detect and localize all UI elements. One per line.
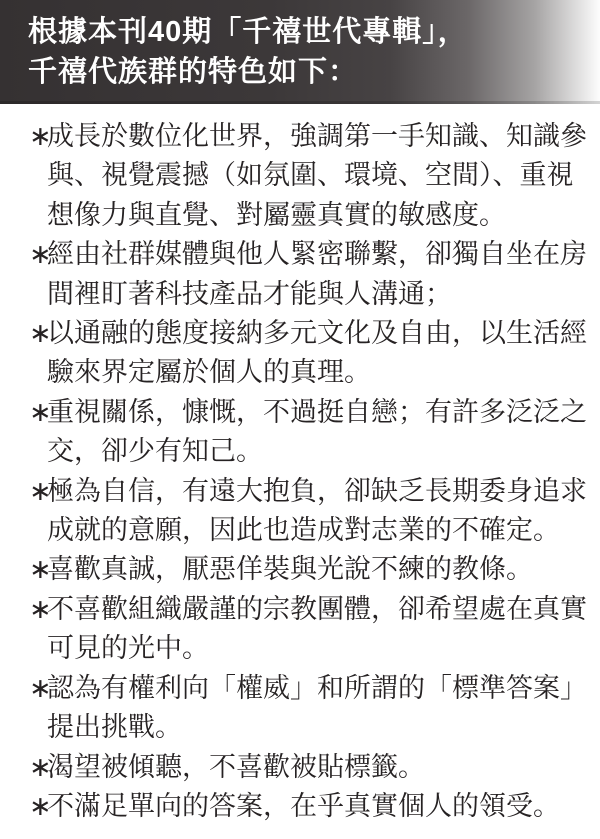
bullet-marker: ∗ [29, 787, 52, 826]
header-banner: 根據本刊40期「千禧世代專輯」， 千禧代族群的特色如下： [0, 0, 600, 104]
list-item-text: 不滿足單向的答案，在乎真實個人的領受。 [47, 791, 560, 821]
list-item: ∗不滿足單向的答案，在乎真實個人的領受。 [47, 787, 588, 826]
list-item-text: 成長於數位化世界，強調第一手知識、知識參與、視覺震撼（如氛圍、環境、空間）、重視… [47, 121, 587, 230]
list-item-text: 經由社群媒體與他人緊密聯繫，卻獨自坐在房間裡盯著科技產品才能與人溝通； [47, 239, 587, 308]
list-item-text: 不喜歡組織嚴謹的宗教團體，卻希望處在真實可見的光中。 [47, 594, 587, 663]
list-item: ∗認為有權利向「權威」和所謂的「標準答案」提出挑戰。 [47, 669, 588, 748]
list-item: ∗不喜歡組織嚴謹的宗教團體，卻希望處在真實可見的光中。 [47, 590, 588, 669]
bullet-marker: ∗ [29, 748, 52, 787]
bullet-marker: ∗ [29, 235, 52, 274]
document-page: 根據本刊40期「千禧世代專輯」， 千禧代族群的特色如下： ∗成長於數位化世界，強… [0, 0, 600, 839]
list-item-text: 喜歡真誠，厭惡佯裝與光說不練的教條。 [47, 554, 533, 584]
bullet-marker: ∗ [29, 550, 52, 589]
bullet-marker: ∗ [29, 117, 52, 156]
list-item: ∗渴望被傾聽，不喜歡被貼標籤。 [47, 748, 588, 787]
list-item-text: 渴望被傾聽，不喜歡被貼標籤。 [47, 752, 425, 782]
list-item: ∗成長於數位化世界，強調第一手知識、知識參與、視覺震撼（如氛圍、環境、空間）、重… [47, 117, 588, 235]
header-title-line1: 根據本刊40期「千禧世代專輯」， [28, 12, 600, 52]
bullet-marker: ∗ [29, 472, 52, 511]
list-item: ∗喜歡真誠，厭惡佯裝與光說不練的教條。 [47, 550, 588, 589]
list-item-text: 以通融的態度接納多元文化及自由，以生活經驗來界定屬於個人的真理。 [47, 318, 587, 387]
feature-list-section: ∗成長於數位化世界，強調第一手知識、知識參與、視覺震撼（如氛圍、環境、空間）、重… [0, 104, 600, 826]
list-item: ∗重視關係，慷慨，不過挺自戀；有許多泛泛之交，卻少有知己。 [47, 393, 588, 472]
list-item-text: 認為有權利向「權威」和所謂的「標準答案」提出挑戰。 [47, 673, 587, 742]
list-item: ∗經由社群媒體與他人緊密聯繫，卻獨自坐在房間裡盯著科技產品才能與人溝通； [47, 235, 588, 314]
bullet-marker: ∗ [29, 314, 52, 353]
list-item-text: 極為自信，有遠大抱負，卻缺乏長期委身追求成就的意願，因此也造成對志業的不確定。 [47, 476, 587, 545]
header-title-line2: 千禧代族群的特色如下： [28, 52, 600, 92]
bullet-marker: ∗ [29, 590, 52, 629]
feature-list: ∗成長於數位化世界，強調第一手知識、知識參與、視覺震撼（如氛圍、環境、空間）、重… [31, 117, 588, 826]
list-item-text: 重視關係，慷慨，不過挺自戀；有許多泛泛之交，卻少有知己。 [47, 397, 587, 466]
bullet-marker: ∗ [29, 669, 52, 708]
list-item: ∗極為自信，有遠大抱負，卻缺乏長期委身追求成就的意願，因此也造成對志業的不確定。 [47, 472, 588, 551]
list-item: ∗以通融的態度接納多元文化及自由，以生活經驗來界定屬於個人的真理。 [47, 314, 588, 393]
bullet-marker: ∗ [29, 393, 52, 432]
